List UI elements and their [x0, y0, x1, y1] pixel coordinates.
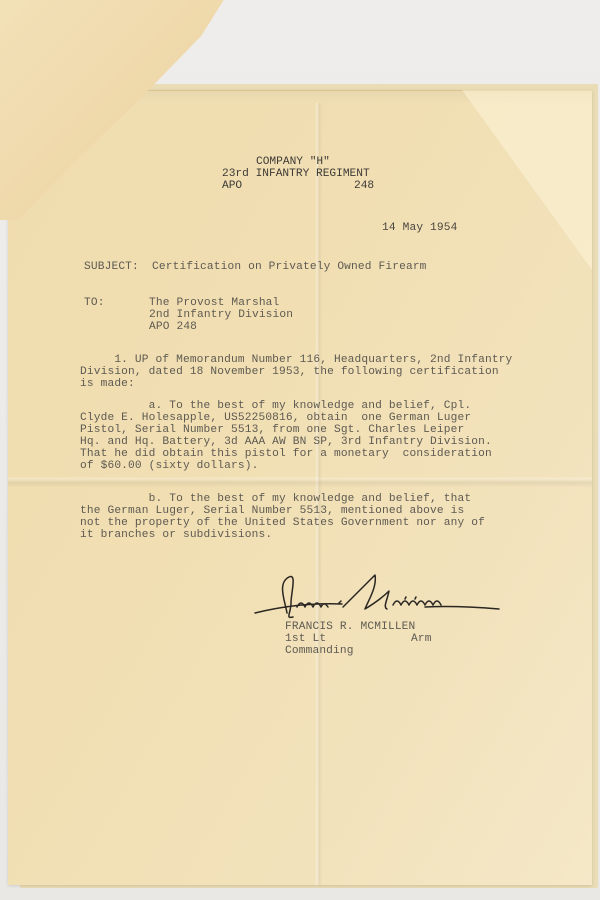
- photo-scene: COMPANY "H" 23rd INFANTRY REGIMENT APO 2…: [0, 0, 600, 900]
- paragraph-b-line-1: b. To the best of my knowledge and belie…: [80, 493, 471, 505]
- paper-corner-fold: [462, 90, 592, 270]
- paragraph-1-line-1: 1. UP of Memorandum Number 116, Headquar…: [80, 354, 512, 366]
- signature-icon: [247, 573, 507, 623]
- paragraph-1-line-2: Division, dated 18 November 1953, the fo…: [80, 366, 499, 378]
- letterhead-company: COMPANY "H": [256, 156, 330, 168]
- letterhead-apo-number: 248: [354, 180, 374, 192]
- paragraph-b-line-4: it branches or subdivisions.: [80, 529, 272, 541]
- paragraph-a-line-3: Pistol, Serial Number 5513, from one Sgt…: [80, 424, 464, 436]
- paragraph-b-line-3: not the property of the United States Go…: [80, 517, 485, 529]
- signatory-title: Commanding: [285, 645, 354, 657]
- signatory-branch: Arm: [411, 633, 432, 645]
- signatory-rank: 1st Lt: [285, 633, 326, 645]
- paragraph-a-line-4: Hq. and Hq. Battery, 3d AAA AW BN SP, 3r…: [80, 436, 492, 448]
- to-label: TO:: [84, 297, 105, 309]
- paragraph-a-line-2: Clyde E. Holesapple, US52250816, obtain …: [80, 412, 471, 424]
- handwritten-signature: [247, 573, 507, 623]
- subject-label: SUBJECT:: [84, 261, 139, 273]
- letter-date: 14 May 1954: [382, 222, 458, 234]
- paragraph-a-line-6: of $60.00 (sixty dollars).: [80, 460, 258, 472]
- to-line-2: 2nd Infantry Division: [149, 309, 293, 321]
- to-line-3: APO 248: [149, 321, 197, 333]
- letterhead-apo-label: APO: [222, 180, 242, 192]
- to-line-1: The Provost Marshal: [149, 297, 279, 309]
- paragraph-b-line-2: the German Luger, Serial Number 5513, me…: [80, 505, 464, 517]
- letter-sheet: COMPANY "H" 23rd INFANTRY REGIMENT APO 2…: [8, 90, 592, 885]
- subject-text: Certification on Privately Owned Firearm: [152, 261, 427, 273]
- paragraph-1-line-3: is made:: [80, 378, 135, 390]
- letterhead-regiment: 23rd INFANTRY REGIMENT: [222, 168, 370, 180]
- paragraph-a-line-1: a. To the best of my knowledge and belie…: [80, 400, 471, 412]
- paragraph-a-line-5: That he did obtain this pistol for a mon…: [80, 448, 492, 460]
